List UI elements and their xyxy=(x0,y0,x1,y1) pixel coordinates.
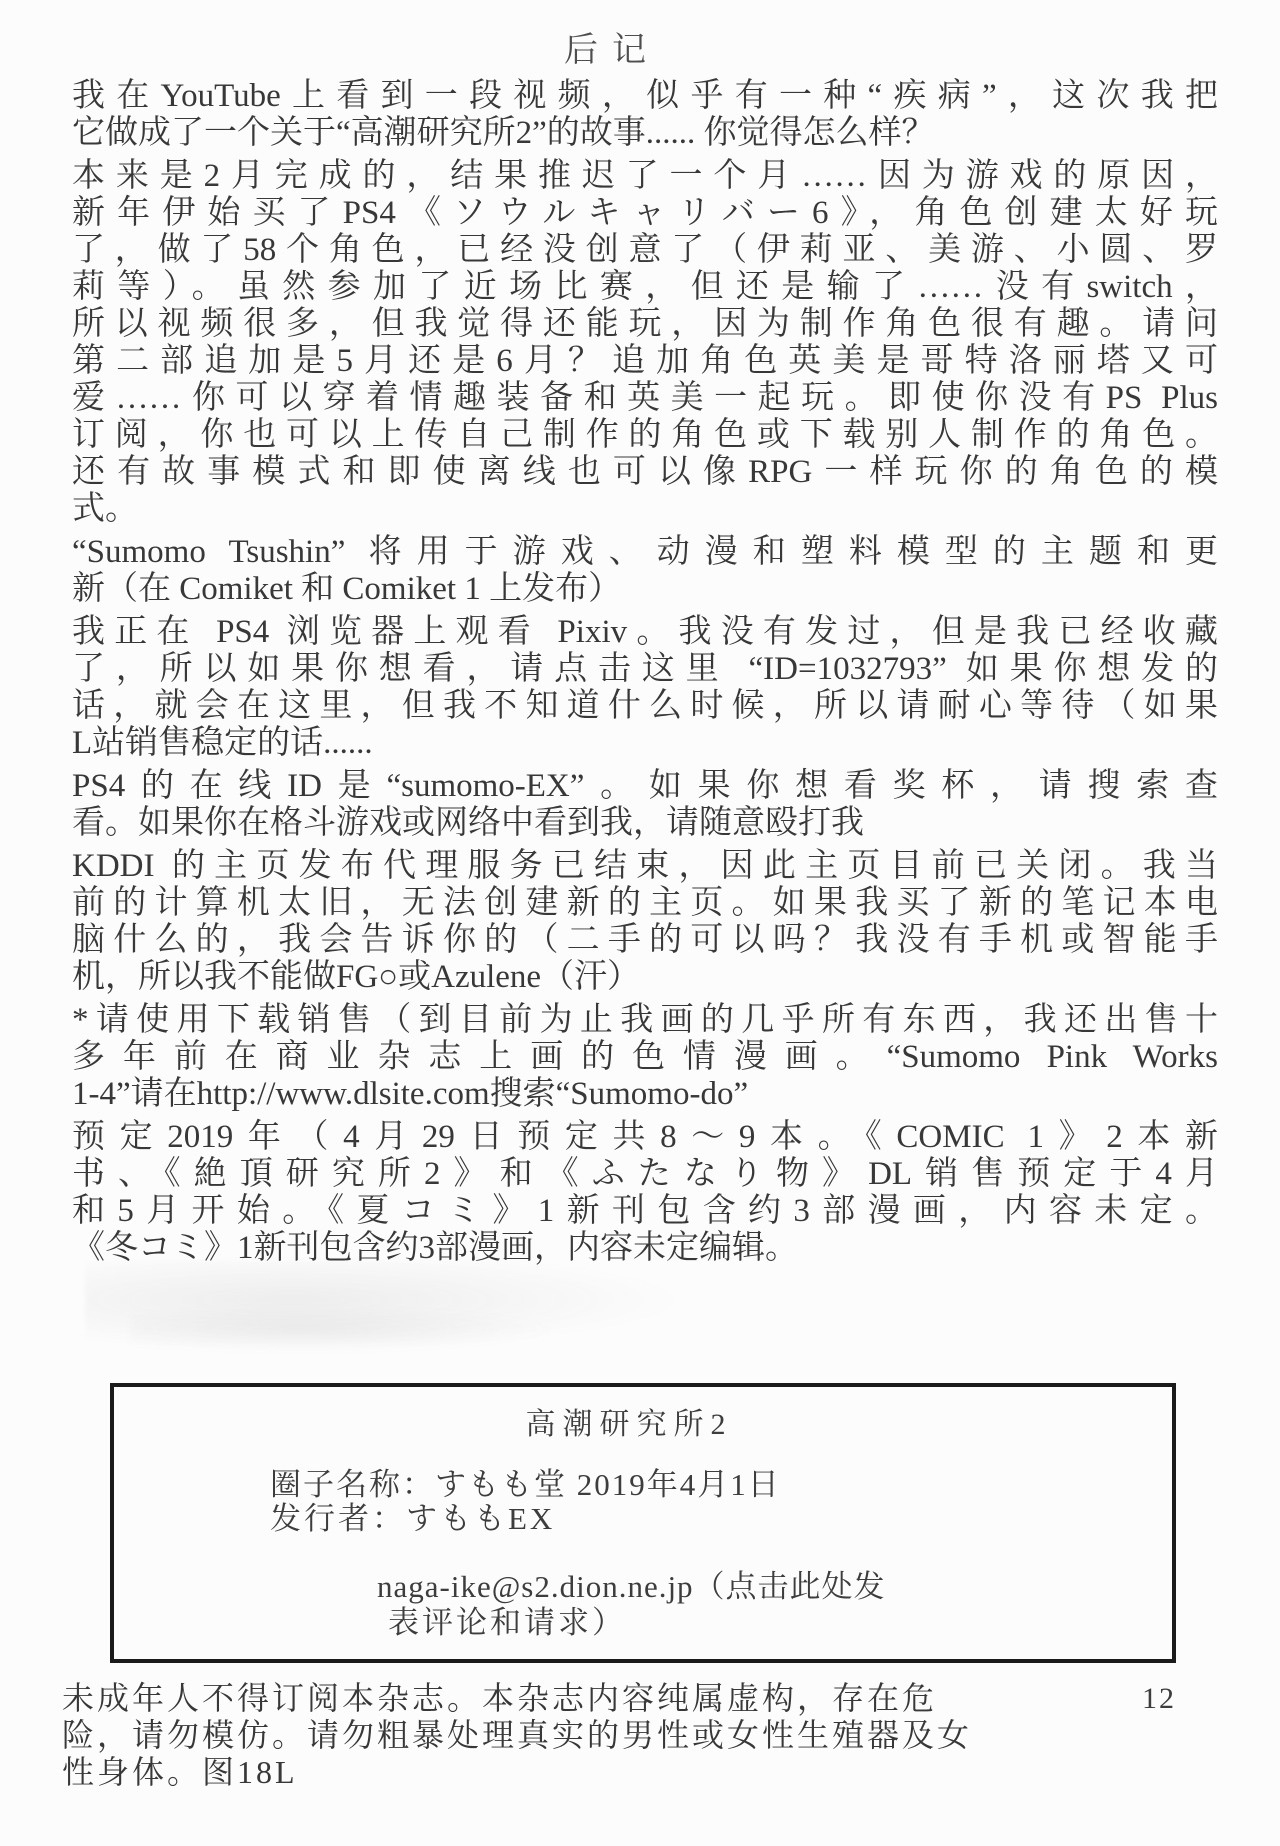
text-line: 《冬コミ》1新刊包含约3部漫画，内容未定编辑。 xyxy=(72,1230,1218,1267)
paragraph-sumomo-tsushin: “Sumomo Tsushin” 将用于游戏、动漫和塑料模型的主题和更新（在 C… xyxy=(72,534,1218,608)
paragraph-kddi-homepage: KDDI 的主页发布代理服务已结束，因此主页目前已关闭。我当前的计算机太旧，无法… xyxy=(72,848,1218,996)
text-line: 我在YouTube上看到一段视频，似乎有一种“疾病”，这次我把 xyxy=(72,78,1218,115)
text-line: 莉等）。虽然参加了近场比赛，但还是输了……没有switch， xyxy=(72,269,1218,306)
text-line: 1-4”请在http://www.dlsite.com搜索“Sumomo-do” xyxy=(72,1076,1218,1113)
paragraph-download-sales: *请使用下载销售（到目前为止我画的几乎所有东西，我还出售十多年前在商业杂志上画的… xyxy=(72,1002,1218,1113)
text-line: 新年伊始买了PS4《ソウルキャリバー6》，角色创建太好玩 xyxy=(72,195,1218,232)
text-line: 预定2019年（4月29日预定共8～9本。《COMIC 1》2本新 xyxy=(72,1119,1218,1156)
text-line: 本来是2月完成的，结果推迟了一个月……因为游戏的原因， xyxy=(72,158,1218,195)
text-line: 书、《絶頂研究所2》和《ふたなり物》DL销售预定于4月 xyxy=(72,1156,1218,1193)
text-line: 多年前在商业杂志上画的色情漫画。“Sumomo Pink Works xyxy=(72,1039,1218,1076)
paragraph-pixiv: 我正在 PS4 浏览器上观看 Pixiv。我没有发过，但是我已经收藏了，所以如果… xyxy=(72,614,1218,762)
colophon-circle-name: 圈子名称：すもも堂 2019年4月1日 xyxy=(270,1469,1172,1501)
text-line: 爱……你可以穿着情趣装备和英美一起玩。即使你没有PS Plus xyxy=(72,380,1218,417)
scan-smudge xyxy=(130,1305,560,1353)
scan-smudge xyxy=(85,1260,675,1348)
text-line: 性身体。图18L xyxy=(62,1754,1057,1791)
text-line: PS4的在线ID是“sumomo-EX”。如果你想看奖杯，请搜索查 xyxy=(72,768,1218,805)
text-line: 和5月开始。《夏コミ》1新刊包含约3部漫画，内容未定。 xyxy=(72,1193,1218,1230)
paragraph-youtube: 我在YouTube上看到一段视频，似乎有一种“疾病”，这次我把它做成了一个关于“… xyxy=(72,78,1218,152)
text-line: 第二部追加是5月还是6月？追加角色英美是哥特洛丽塔又可 xyxy=(72,343,1218,380)
text-line: *请使用下载销售（到目前为止我画的几乎所有东西，我还出售十 xyxy=(72,1002,1218,1039)
text-line: 看。如果你在格斗游戏或网络中看到我，请随意殴打我 xyxy=(72,805,1218,842)
page-number: 12 xyxy=(1142,1682,1176,1716)
text-line: 了，所以如果你想看，请点击这里 “ID=1032793” 如果你想发的 xyxy=(72,651,1218,688)
text-line: L站销售稳定的话...... xyxy=(72,725,1218,762)
page-title: 后记 xyxy=(564,22,660,71)
text-line: 所以视频很多，但我觉得还能玩，因为制作角色很有趣。请问 xyxy=(72,306,1218,343)
paragraph-ps4-soulcalibur: 本来是2月完成的，结果推迟了一个月……因为游戏的原因，新年伊始买了PS4《ソウル… xyxy=(72,158,1218,528)
afterword-page: 后记 我在YouTube上看到一段视频，似乎有一种“疾病”，这次我把它做成了一个… xyxy=(0,0,1280,1846)
text-line: 未成年人不得订阅本杂志。本杂志内容纯属虚构，存在危 xyxy=(62,1680,1057,1717)
colophon-title: 高潮研究所2 xyxy=(114,1409,1144,1441)
text-line: 话，就会在这里，但我不知道什么时候，所以请耐心等待（如果 xyxy=(72,688,1218,725)
paragraph-2019-schedule: 预定2019年（4月29日预定共8～9本。《COMIC 1》2本新书、《絶頂研究… xyxy=(72,1119,1218,1267)
colophon-publisher: 发行者：すももEX xyxy=(270,1503,1172,1535)
text-line: 还有故事模式和即使离线也可以像RPG一样玩你的角色的模 xyxy=(72,454,1218,491)
text-line: 机，所以我不能做FG○或Azulene（汗） xyxy=(72,959,1218,996)
text-line: 脑什么的，我会告诉你的（二手的可以吗？我没有手机或智能手 xyxy=(72,922,1218,959)
text-line: 险，请勿模仿。请勿粗暴处理真实的男性或女性生殖器及女 xyxy=(62,1717,1057,1754)
text-line: 前的计算机太旧，无法创建新的主页。如果我买了新的笔记本电 xyxy=(72,885,1218,922)
colophon-email: naga-ike@s2.dion.ne.jp（点击此处发 xyxy=(377,1571,1172,1603)
text-line: 它做成了一个关于“高潮研究所2”的故事...... 你觉得怎么样？ xyxy=(72,115,1218,152)
text-line: 订阅，你也可以上传自己制作的角色或下载别人制作的角色。 xyxy=(72,417,1218,454)
disclaimer-text: 未成年人不得订阅本杂志。本杂志内容纯属虚构，存在危险，请勿模仿。请勿粗暴处理真实… xyxy=(62,1680,1057,1791)
afterword-body: 我在YouTube上看到一段视频，似乎有一种“疾病”，这次我把它做成了一个关于“… xyxy=(72,78,1218,1267)
text-line: 了，做了58个角色，已经没创意了（伊莉亚、美游、小圆、罗 xyxy=(72,232,1218,269)
colophon-email-continued: 表评论和请求） xyxy=(388,1607,1172,1639)
text-line: “Sumomo Tsushin” 将用于游戏、动漫和塑料模型的主题和更 xyxy=(72,534,1218,571)
text-line: 新（在 Comiket 和 Comiket 1 上发布） xyxy=(72,571,1218,608)
text-line: 我正在 PS4 浏览器上观看 Pixiv。我没有发过，但是我已经收藏 xyxy=(72,614,1218,651)
text-line: 式。 xyxy=(72,491,1218,528)
colophon-box: 高潮研究所2 圈子名称：すもも堂 2019年4月1日 发行者：すももEX nag… xyxy=(110,1383,1176,1663)
paragraph-online-id: PS4的在线ID是“sumomo-EX”。如果你想看奖杯，请搜索查看。如果你在格… xyxy=(72,768,1218,842)
text-line: KDDI 的主页发布代理服务已结束，因此主页目前已关闭。我当 xyxy=(72,848,1218,885)
